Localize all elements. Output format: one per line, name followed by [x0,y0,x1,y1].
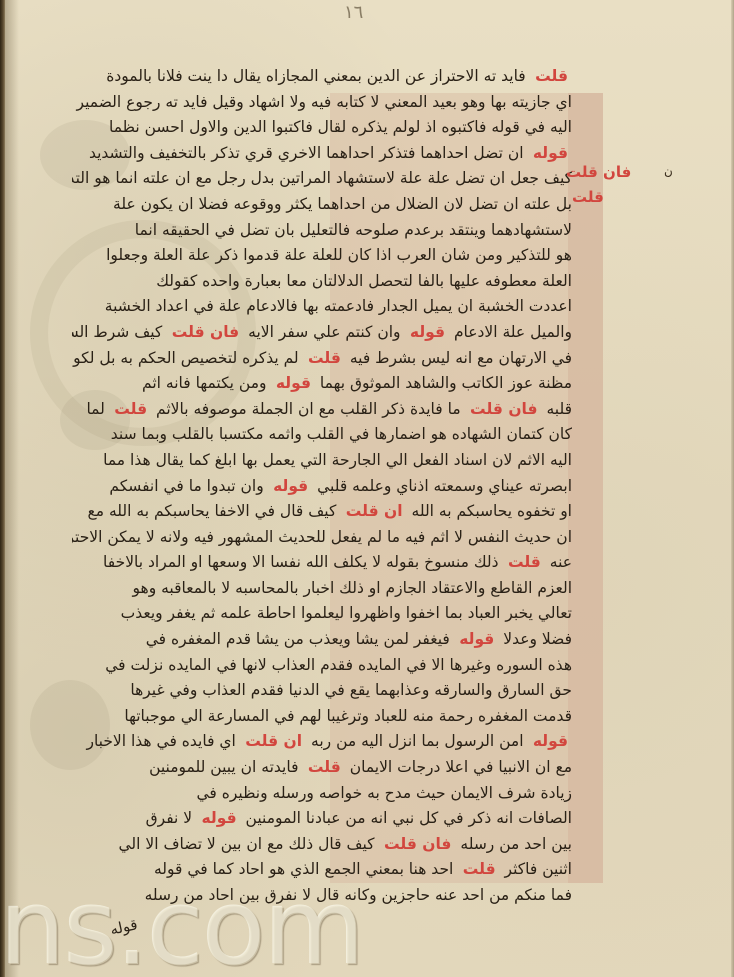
text-line: في الارتهان مع انه ليس بشرط فيه قلت لم ي… [72,346,572,372]
text-line: مع ان الانبيا في اعلا درجات الايمان قلت … [72,755,572,781]
text-line: تعالي يخبر العباد بما اخفوا واظهروا ليعل… [72,601,572,627]
rubric-word: قلت [299,758,345,776]
text-segment: مظنة عوز الكاتب والشاهد الموثوق بهما [315,374,572,392]
rubric-word: قلت [453,860,499,878]
text-segment: او تخفوه يحاسبكم به الله [407,502,572,520]
rubric-word: قلت [499,553,545,571]
rubric-word: فان قلت [162,323,243,341]
text-line: الصافات انه ذكر في كل نبي انه من عبادنا … [72,806,572,832]
text-line: قوله امن الرسول بما انزل اليه من ربه ان … [72,729,572,755]
text-segment: في الارتهان مع انه ليس بشرط فيه [345,349,572,367]
text-line: العزم القاطع والاعتقاد الجازم او ذلك اخب… [72,576,572,602]
rubric-word: قوله [401,323,449,341]
rubric-word: قلت [526,67,572,85]
text-line: اعددت الخشبة ان يميل الجدار فادعمته بها … [72,294,572,320]
text-segment: وان كنتم علي سفر الايه [243,323,400,341]
margin-mark: ن [664,164,673,178]
text-segment: اي فايده في هذا الاخبار [86,732,235,750]
rubric-word: قوله [267,374,315,392]
rubric-word: قلت [105,400,151,418]
tinted-band [568,93,603,883]
margin-note-answer: قلت [572,188,604,206]
rubric-word: قوله [524,732,572,750]
margin-note-question: فان قلت [566,163,631,181]
text-segment: اعددت الخشبة ان يميل الجدار فادعمته بها … [105,297,572,315]
text-segment: اليه في قوله فاكتبوه اذ لولم يذكره لقال … [109,118,572,136]
text-line: هو للتذكير ومن شان العرب اذا كان للعلة ع… [72,243,572,269]
text-line: قلت فايد ته الاحتراز عن الدين بمعني المج… [72,64,572,90]
text-line: زيادة شرف الايمان حيث مدح به خواصه ورسله… [72,781,572,807]
text-line: قلبه فان قلت ما فايدة ذكر القلب مع ان ال… [72,397,572,423]
text-segment: ذلك منسوخ بقوله لا يكلف الله نفسا الا وس… [103,553,499,571]
text-segment: كيف قال ذلك مع ان بين لا تضاف الا الي [119,835,375,853]
text-line: العلة معطوفه عليها بالفا لتحصل الدلالتان… [72,269,572,295]
text-line: ابصرته عيناي وسمعته اذناي وعلمه قلبي قول… [72,474,572,500]
text-segment: اي جازيته بها وهو بعيد المعني لا كتابه ف… [77,93,572,111]
text-segment: فيغفر لمن يشا ويعذب من يشا قدم المغفره ف… [146,630,450,648]
text-segment: اليه الاثم لان اسناد الفعل الي الجارحة ا… [103,451,572,469]
text-segment: مع ان الانبيا في اعلا درجات الايمان [345,758,572,776]
text-line: مظنة عوز الكاتب والشاهد الموثوق بهما قول… [72,371,572,397]
text-segment: لاستشهادهما وينتقد برعدم صلوحه فالتعليل … [135,221,572,239]
rubric-word: قوله [450,630,498,648]
text-segment: زيادة شرف الايمان حيث مدح به خواصه ورسله… [196,784,572,802]
text-segment: ان حديث النفس لا اثم فيه ما لم يفعل للحد… [72,528,572,546]
text-segment: العلة معطوفه عليها بالفا لتحصل الدلالتان… [156,272,572,290]
text-segment: فايد ته الاحتراز عن الدين بمعني المجازاه… [106,67,525,85]
text-line: كيف جعل ان تضل علة علة لاستشهاد المراتين… [72,166,572,192]
text-line: بل علته ان تضل لان الضلال من احداهما يكث… [72,192,572,218]
text-segment: وان تبدوا ما في انفسكم [109,477,263,495]
text-segment: الصافات انه ذكر في كل نبي انه من عبادنا … [241,809,572,827]
text-line: بين احد من رسله فان قلت كيف قال ذلك مع ا… [72,832,572,858]
text-segment: كيف جعل ان تضل علة علة لاستشهاد المراتين… [72,169,572,187]
text-segment: قلبه [542,400,572,418]
text-line: او تخفوه يحاسبكم به الله ان قلت كيف قال … [72,499,572,525]
text-segment: اثنين فاكثر [500,860,572,878]
text-segment: العزم القاطع والاعتقاد الجازم او ذلك اخب… [133,579,572,597]
text-line: لاستشهادهما وينتقد برعدم صلوحه فالتعليل … [72,218,572,244]
watermark: ns.com [0,878,363,977]
text-segment: فايدته ان يبين للمومنين [149,758,298,776]
text-segment: كيف شرط السفر [72,323,162,341]
text-segment: ما فايدة ذكر القلب مع ان الجملة موصوفه ب… [151,400,461,418]
text-line: كان كتمان الشهاده هو اضمارها في القلب وا… [72,422,572,448]
page-number: ١٦ [344,2,363,23]
text-line: هذه السوره وغيرها الا في المايده فقدم ال… [72,653,572,679]
rubric-word: ان قلت [336,502,406,520]
rubric-word: قوله [192,809,240,827]
text-segment: لما [86,400,104,418]
text-line: قوله ان تضل احداهما فتذكر احداهما الاخري… [72,141,572,167]
text-segment: ان تضل احداهما فتذكر احداهما الاخري قري … [89,144,524,162]
text-segment: كان كتمان الشهاده هو اضمارها في القلب وا… [111,425,572,443]
binding-shadow [5,0,19,977]
text-segment: تعالي يخبر العباد بما اخفوا واظهروا ليعل… [121,604,572,622]
text-segment: ومن يكتمها فانه اثم [142,374,266,392]
text-segment: كيف قال في الاخفا يحاسبكم به الله مع [88,502,337,520]
manuscript-text: قلت فايد ته الاحتراز عن الدين بمعني المج… [72,64,572,909]
text-segment: هذه السوره وغيرها الا في المايده فقدم ال… [105,656,572,674]
text-segment: امن الرسول بما انزل اليه من ربه [306,732,523,750]
text-line: اليه الاثم لان اسناد الفعل الي الجارحة ا… [72,448,572,474]
text-segment: حق السارق والسارقه وعذابهما يقع في الدني… [130,681,572,699]
text-segment: ابصرته عيناي وسمعته اذناي وعلمه قلبي [312,477,572,495]
text-segment: بل علته ان تضل لان الضلال من احداهما يكث… [113,195,572,213]
text-segment: قدمت المغفره رحمة منه للعباد وترغيبا لهم… [124,707,572,725]
text-line: ان حديث النفس لا اثم فيه ما لم يفعل للحد… [72,525,572,551]
rubric-word: قوله [524,144,572,162]
text-segment: فضلا وعدلا [498,630,572,648]
text-line: فضلا وعدلا قوله فيغفر لمن يشا ويعذب من ي… [72,627,572,653]
text-line: قدمت المغفره رحمة منه للعباد وترغيبا لهم… [72,704,572,730]
text-segment: والميل علة الادعام [449,323,572,341]
manuscript-page: ١٦ قلت فايد ته الاحتراز عن الدين بمعني ا… [0,0,734,977]
text-segment: لا نفرق [146,809,193,827]
text-segment: عنه [545,553,572,571]
rubric-word: ان قلت [236,732,306,750]
text-segment: بين احد من رسله [455,835,572,853]
rubric-word: قلت [299,349,345,367]
rubric-word: قوله [264,477,312,495]
text-line: حق السارق والسارقه وعذابهما يقع في الدني… [72,678,572,704]
text-segment: لم يذكره لتخصيص الحكم به بل لكونه [72,349,299,367]
rubric-word: فان قلت [461,400,542,418]
text-line: عنه قلت ذلك منسوخ بقوله لا يكلف الله نفس… [72,550,572,576]
text-line: والميل علة الادعام قوله وان كنتم علي سفر… [72,320,572,346]
text-line: اي جازيته بها وهو بعيد المعني لا كتابه ف… [72,90,572,116]
text-segment: هو للتذكير ومن شان العرب اذا كان للعلة ع… [106,246,572,264]
rubric-word: فان قلت [375,835,456,853]
text-line: اليه في قوله فاكتبوه اذ لولم يذكره لقال … [72,115,572,141]
